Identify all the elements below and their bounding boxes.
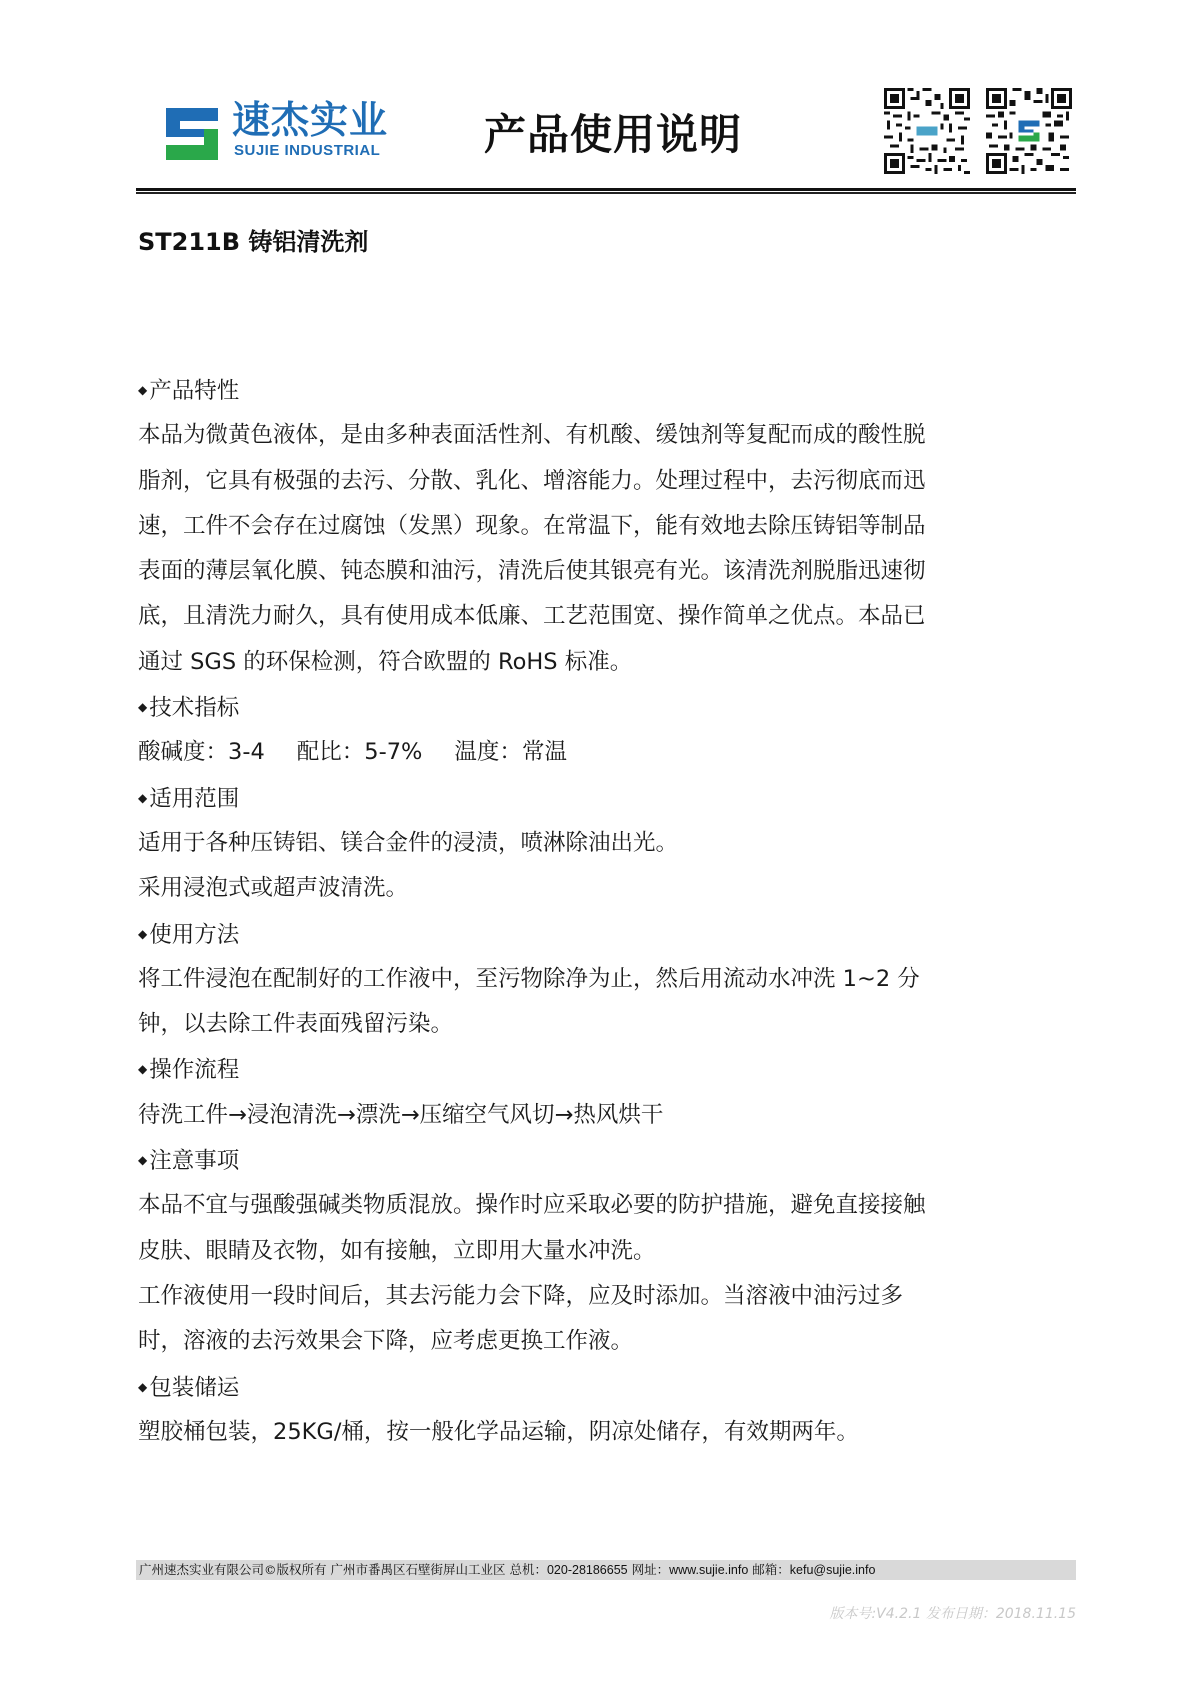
- wechat-qr-code-icon: [884, 88, 970, 174]
- footer-email-link[interactable]: kefu@sujie.info: [790, 1563, 876, 1577]
- section-heading-features: 产品特性: [138, 368, 1078, 413]
- process-line: 待洗工件→浸泡清洗→漂洗→压缩空气风切→热风烘干: [138, 1093, 1078, 1138]
- company-logo: 速杰实业 SUJIE INDUSTRIAL: [160, 98, 400, 164]
- version-info: 版本号:V4.2.1 发布日期：2018.11.15: [829, 1603, 1076, 1623]
- footer-site-link[interactable]: www.sujie.info: [669, 1563, 748, 1577]
- footer-contact-bar: 广州速杰实业有限公司©版权所有 广州市番禺区石壁街屏山工业区 总机：020-28…: [136, 1560, 1076, 1580]
- footer-phone: 020-28186655: [547, 1563, 628, 1577]
- footer-email-label: 邮箱：: [748, 1562, 789, 1577]
- features-line: 脂剂，它具有极强的去污、分散、乳化、增溶能力。处理过程中，去污彻底而迅: [138, 459, 1078, 504]
- section-heading-scope: 适用范围: [138, 776, 1078, 821]
- scope-line: 采用浸泡式或超声波清洗。: [138, 866, 1078, 911]
- footer-copyright: 广州速杰实业有限公司©版权所有 广州市番禺区石壁街屏山工业区: [139, 1562, 509, 1577]
- features-line: 底，且清洗力耐久，具有使用成本低廉、工艺范围宽、操作简单之优点。本品已: [138, 594, 1078, 639]
- section-heading-process: 操作流程: [138, 1047, 1078, 1092]
- features-line: 通过 SGS 的环保检测，符合欧盟的 RoHS 标准。: [138, 640, 1078, 685]
- spec-label-temperature: 温度：: [454, 730, 522, 775]
- spec-value-ratio: 5-7%: [364, 730, 422, 775]
- features-line: 表面的薄层氧化膜、钝态膜和油污，清洗后使其银亮有光。该清洗剂脱脂迅速彻: [138, 549, 1078, 594]
- spec-label-ph: 酸碱度：: [138, 730, 228, 775]
- document-title: 产品使用说明: [484, 102, 742, 162]
- spec-label-ratio: 配比：: [297, 730, 365, 775]
- footer-phone-label: 总机：: [509, 1562, 547, 1577]
- section-heading-notes: 注意事项: [138, 1138, 1078, 1183]
- section-heading-specs: 技术指标: [138, 685, 1078, 730]
- features-line: 本品为微黄色液体，是由多种表面活性剂、有机酸、缓蚀剂等复配而成的酸性脱: [138, 413, 1078, 458]
- spec-value-ph: 3-4: [228, 730, 265, 775]
- header-divider: [136, 188, 1076, 194]
- notes-line: 本品不宜与强酸强碱类物质混放。操作时应采取必要的防护措施，避免直接接触: [138, 1183, 1078, 1228]
- logo-name-en: SUJIE INDUSTRIAL: [234, 142, 380, 159]
- section-heading-usage: 使用方法: [138, 912, 1078, 957]
- usage-line: 钟，以去除工件表面残留污染。: [138, 1002, 1078, 1047]
- document-body: 产品特性 本品为微黄色液体，是由多种表面活性剂、有机酸、缓蚀剂等复配而成的酸性脱…: [138, 368, 1078, 1455]
- footer-site-label: 网址：: [628, 1562, 669, 1577]
- logo-name-cn: 速杰实业: [232, 98, 388, 142]
- notes-line: 工作液使用一段时间后，其去污能力会下降，应及时添加。当溶液中油污过多: [138, 1274, 1078, 1319]
- packaging-line: 塑胶桶包装，25KG/桶，按一般化学品运输，阴凉处储存，有效期两年。: [138, 1410, 1078, 1455]
- section-heading-packaging: 包装储运: [138, 1365, 1078, 1410]
- scope-line: 适用于各种压铸铝、镁合金件的浸渍，喷淋除油出光。: [138, 821, 1078, 866]
- notes-line: 时，溶液的去污效果会下降，应考虑更换工作液。: [138, 1319, 1078, 1364]
- spec-value-temperature: 常温: [522, 730, 567, 775]
- site-qr-code-icon: [986, 88, 1072, 174]
- usage-line: 将工件浸泡在配制好的工作液中，至污物除净为止，然后用流动水冲洗 1~2 分: [138, 957, 1078, 1002]
- sujie-logo-icon: [160, 104, 222, 162]
- product-title: ST211B 铸铝清洗剂: [138, 222, 368, 257]
- specs-line: 酸碱度：3-4配比：5-7%温度：常温: [138, 730, 1078, 775]
- page-header: 速杰实业 SUJIE INDUSTRIAL 产品使用说明: [136, 80, 1076, 190]
- features-line: 速，工件不会存在过腐蚀（发黑）现象。在常温下，能有效地去除压铸铝等制品: [138, 504, 1078, 549]
- notes-line: 皮肤、眼睛及衣物，如有接触，立即用大量水冲洗。: [138, 1229, 1078, 1274]
